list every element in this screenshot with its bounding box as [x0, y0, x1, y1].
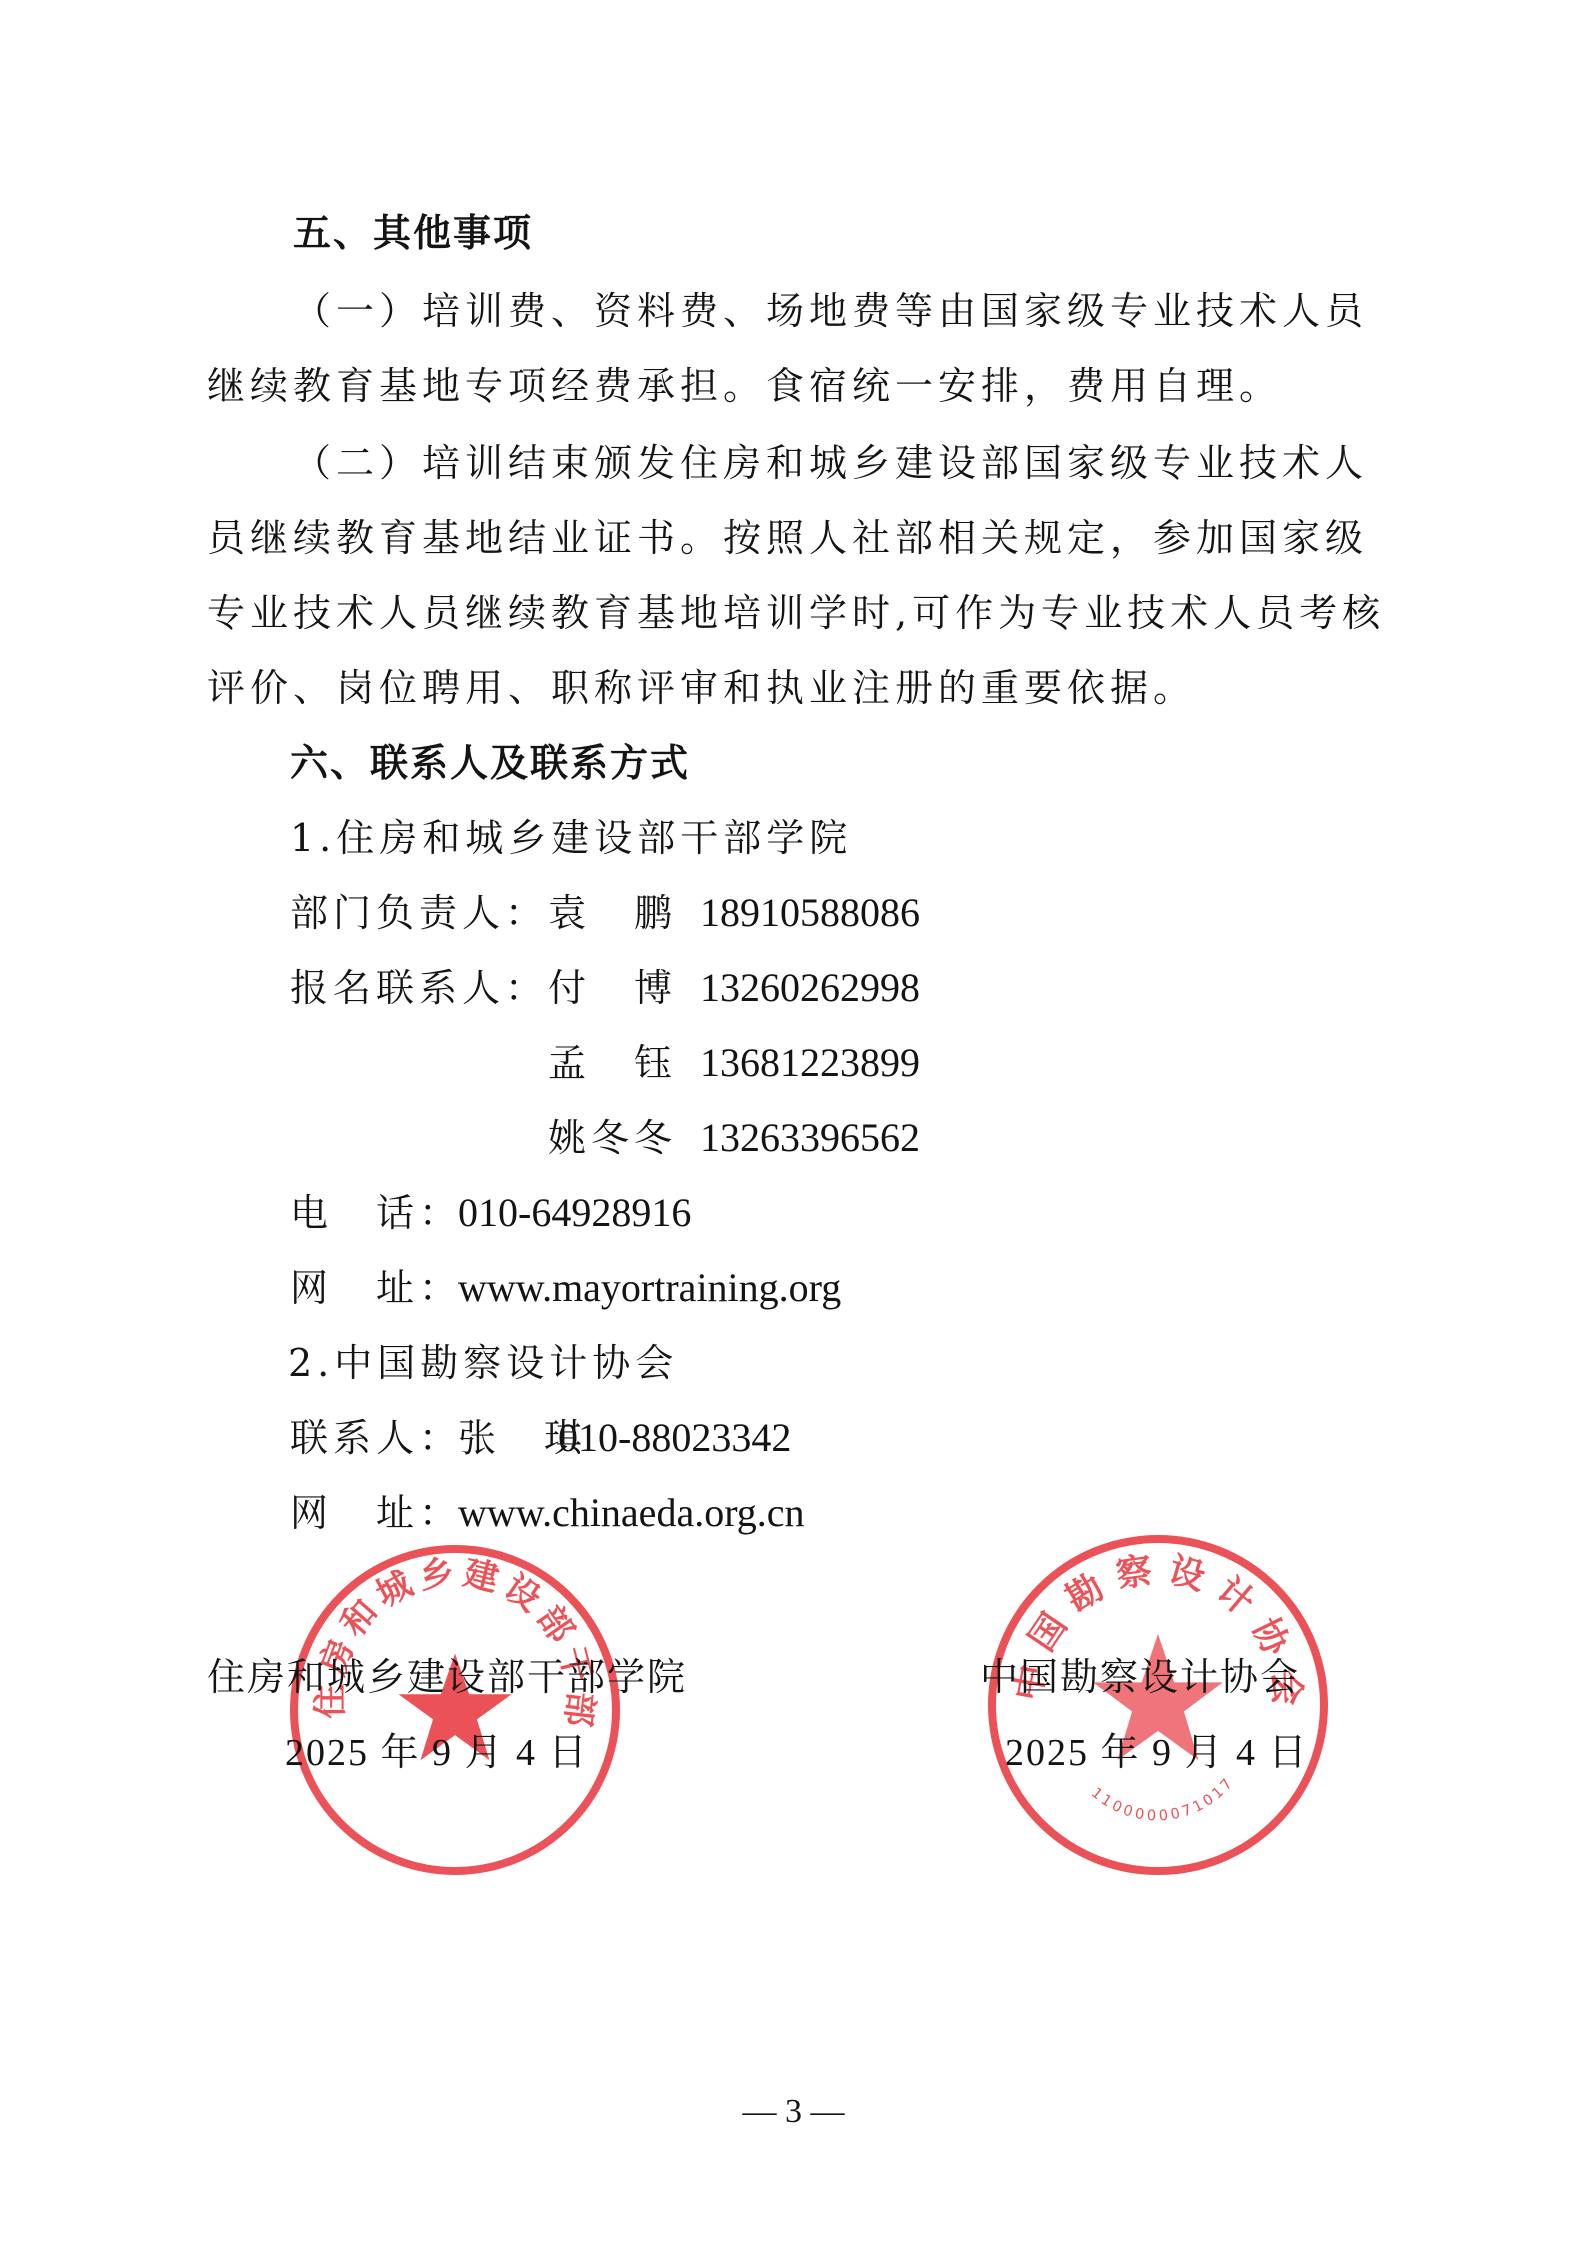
- signup-contact-row: 孟 钰13681223899: [548, 1040, 920, 1086]
- signup-contact-phone: 13681223899: [700, 1040, 920, 1085]
- signup-contact-phone: 13260262998: [700, 965, 920, 1010]
- page-number: — 3 —: [0, 2093, 1587, 2131]
- signup-contact-name: 姚冬冬: [548, 1115, 700, 1161]
- web-link-mayortraining[interactable]: www.mayortraining.org: [458, 1265, 841, 1310]
- signup-contact-row: 报名联系人：付 博13260262998: [290, 965, 920, 1011]
- section-heading-other-matters: 五、其他事项: [293, 210, 533, 256]
- org2-contact-label: 联系人：: [290, 1415, 458, 1461]
- signup-contact-phone: 13263396562: [700, 1115, 920, 1160]
- paragraph-fees-line2: 继续教育基地专项经费承担。食宿统一安排，费用自理。: [207, 363, 1282, 409]
- tel-value: 010-64928916: [458, 1190, 691, 1235]
- section-heading-contacts: 六、联系人及联系方式: [290, 740, 690, 786]
- signature-left-date: 2025 年 9 月 4 日: [285, 1730, 589, 1776]
- dept-head-name: 袁 鹏: [548, 890, 700, 936]
- dept-head-row: 部门负责人：袁 鹏18910588086: [290, 890, 920, 936]
- svg-text:1100000071017: 1100000071017: [1088, 1773, 1238, 1824]
- org2-web-row: 网 址：www.chinaeda.org.cn: [290, 1490, 805, 1536]
- paragraph-certificate-line1: （二）培训结束颁发住房和城乡建设部国家级专业技术人: [293, 440, 1368, 486]
- signature-right-date: 2025 年 9 月 4 日: [1005, 1730, 1309, 1776]
- signature-left-org: 住房和城乡建设部干部学院: [207, 1654, 687, 1700]
- org2-contact-phone: 010-88023342: [558, 1415, 791, 1460]
- dept-head-phone: 18910588086: [700, 890, 920, 935]
- web-label: 网 址：: [290, 1265, 458, 1311]
- seal-left-red-stamp: 住房和城乡建设部干部学院: [290, 1545, 620, 1875]
- dept-head-label: 部门负责人：: [290, 890, 548, 936]
- org2-contact-name: 张 琪: [458, 1415, 558, 1461]
- org2-title: 2.中国勘察设计协会: [288, 1340, 678, 1386]
- org1-tel-row: 电 话：010-64928916: [290, 1190, 691, 1236]
- paragraph-certificate-line2: 员继续教育基地结业证书。按照人社部相关规定，参加国家级: [207, 515, 1368, 561]
- org2-contact-row: 联系人：张 琪010-88023342: [290, 1415, 791, 1461]
- paragraph-certificate-line3: 专业技术人员继续教育基地培训学时,可作为专业技术人员考核: [207, 590, 1385, 636]
- org1-title: 1.住房和城乡建设部干部学院: [290, 815, 852, 861]
- signup-contact-name: 付 博: [548, 965, 700, 1011]
- paragraph-certificate-line4: 评价、岗位聘用、职称评审和执业注册的重要依据。: [207, 665, 1196, 711]
- signup-contact-name: 孟 钰: [548, 1040, 700, 1086]
- signup-contact-row: 姚冬冬13263396562: [548, 1115, 920, 1161]
- web-link-chinaeda[interactable]: www.chinaeda.org.cn: [458, 1490, 805, 1535]
- tel-label: 电 话：: [290, 1190, 458, 1236]
- signature-right-org: 中国勘察设计协会: [980, 1654, 1300, 1700]
- org1-web-row: 网 址：www.mayortraining.org: [290, 1265, 841, 1311]
- star-icon: 住房和城乡建设部干部学院: [298, 1553, 612, 1867]
- signup-label: 报名联系人：: [290, 965, 548, 1011]
- web-label: 网 址：: [290, 1490, 458, 1536]
- star-icon: 中国勘察设计协会 1100000071017: [996, 1543, 1320, 1867]
- seal-right-red-stamp: 中国勘察设计协会 1100000071017: [988, 1535, 1328, 1875]
- paragraph-fees-line1: （一）培训费、资料费、场地费等由国家级专业技术人员: [293, 288, 1368, 334]
